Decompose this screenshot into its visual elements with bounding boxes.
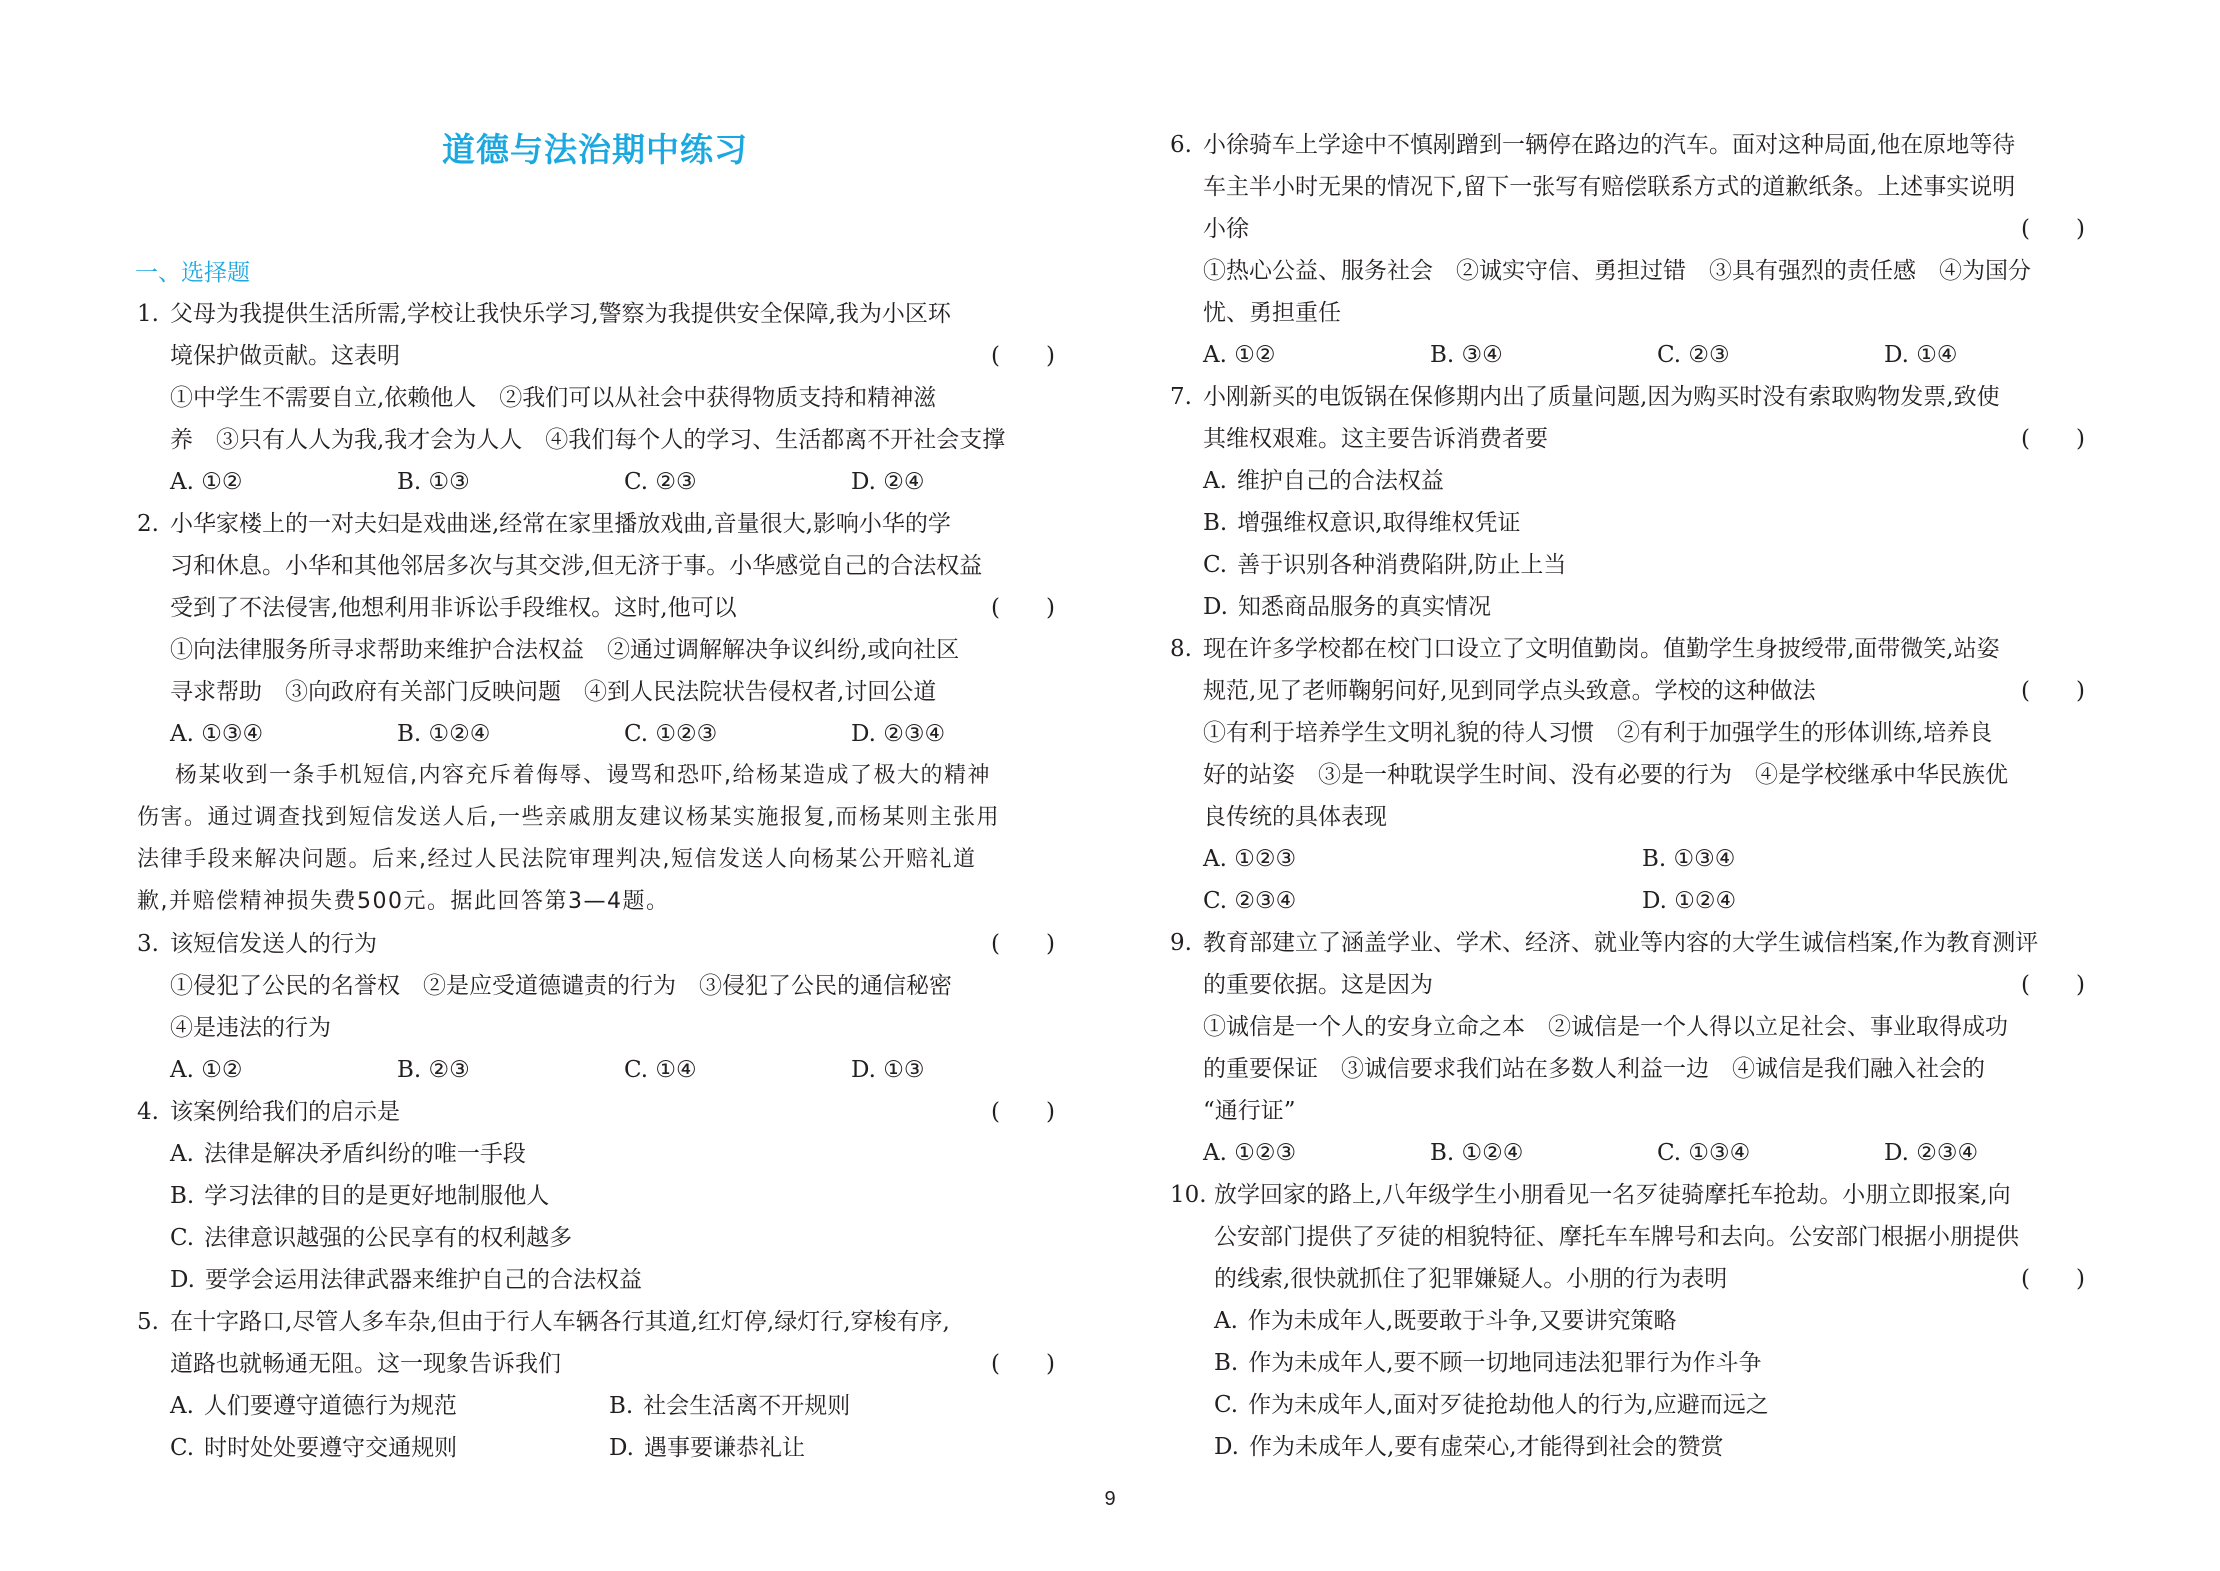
option-label: B. <box>609 1393 633 1419</box>
option-label: D. <box>1203 594 1228 620</box>
option-d[interactable]: D.知悉商品服务的真实情况 <box>1170 586 2085 628</box>
option-text: 增强维权意识,取得维权凭证 <box>1237 510 1520 536</box>
question-text: 该案例给我们的启示是 <box>170 1099 400 1125</box>
option-c[interactable]: C. ②③ <box>1657 334 1884 376</box>
option-b[interactable]: B.增强维权意识,取得维权凭证 <box>1170 502 2085 544</box>
option-b[interactable]: B.作为未成年人,要不顾一切地同违法犯罪行为作斗争 <box>1170 1342 2085 1384</box>
answer-blank[interactable]: ( ) <box>2021 964 2085 1006</box>
option-a[interactable]: A. ①②③ <box>1203 838 1642 880</box>
question-4: 4.该案例给我们的启示是( ) A.法律是解决矛盾纠纷的唯一手段 B.学习法律的… <box>137 1091 1055 1301</box>
question-text: 的重要依据。这是因为 <box>1203 972 1433 998</box>
option-label: A. <box>170 1393 194 1419</box>
option-label: C. <box>1203 552 1227 578</box>
page-number: 9 <box>0 1488 2220 1511</box>
option-label: B. <box>1203 510 1227 536</box>
option-label: C. <box>170 1225 194 1251</box>
option-label: A. <box>170 1141 194 1167</box>
option-b[interactable]: B. ①②④ <box>1430 1132 1657 1174</box>
option-a[interactable]: A. ①②③ <box>1203 1132 1430 1174</box>
statement-text: 好的站姿 ③是一种耽误学生时间、没有必要的行为 ④是学校继承中华民族优 <box>1203 762 2008 788</box>
option-text: 遇事要谦恭礼让 <box>644 1435 805 1461</box>
question-text: 小徐 <box>1203 216 1249 242</box>
option-text: 法律是解决矛盾纠纷的唯一手段 <box>204 1141 526 1167</box>
option-c[interactable]: C.善于识别各种消费陷阱,防止上当 <box>1170 544 2085 586</box>
option-text: 作为未成年人,要不顾一切地同违法犯罪行为作斗争 <box>1248 1350 1761 1376</box>
option-c[interactable]: C. ①③④ <box>1657 1132 1884 1174</box>
question-8: 8.现在许多学校都在校门口设立了文明值勤岗。值勤学生身披绶带,面带微笑,站姿 规… <box>1170 628 2085 922</box>
option-b[interactable]: B.学习法律的目的是更好地制服他人 <box>137 1175 1055 1217</box>
question-text: 规范,见了老师鞠躬问好,见到同学点头致意。学校的这种做法 <box>1203 678 1816 704</box>
option-text: 作为未成年人,要有虚荣心,才能得到社会的赞赏 <box>1249 1434 1724 1460</box>
option-text: 作为未成年人,既要敢于斗争,又要讲究策略 <box>1248 1308 1677 1334</box>
option-label: D. <box>609 1435 634 1461</box>
question-7: 7.小刚新买的电饭锅在保修期内出了质量问题,因为购买时没有索取购物发票,致使 其… <box>1170 376 2085 628</box>
passage-text: 杨某收到一条手机短信,内容充斥着侮辱、谩骂和恐吓,给杨某造成了极大的精神 <box>175 763 991 788</box>
question-text: 放学回家的路上,八年级学生小朋看见一名歹徒骑摩托车抢劫。小朋立即报案,向 <box>1214 1182 2011 1208</box>
question-9: 9.教育部建立了涵盖学业、学术、经济、就业等内容的大学生诚信档案,作为教育测评 … <box>1170 922 2085 1174</box>
option-label: A. <box>1214 1308 1238 1334</box>
option-text: 人们要遵守道德行为规范 <box>204 1393 457 1419</box>
question-5: 5.在十字路口,尽管人多车杂,但由于行人车辆各行其道,红灯停,绿灯行,穿梭有序,… <box>137 1301 1055 1469</box>
statement-text: 寻求帮助 ③向政府有关部门反映问题 ④到人民法院状告侵权者,讨回公道 <box>170 679 936 705</box>
question-text: 受到了不法侵害,他想利用非诉讼手段维权。这时,他可以 <box>170 595 737 621</box>
question-number: 6. <box>1170 124 1192 166</box>
question-1: 1.父母为我提供生活所需,学校让我快乐学习,警察为我提供安全保障,我为小区环 境… <box>137 293 1055 503</box>
statement-text: 忧、勇担重任 <box>1203 300 1341 326</box>
option-d[interactable]: D. ②④ <box>851 461 1078 503</box>
option-label: C. <box>1214 1392 1238 1418</box>
statement-text: ①向法律服务所寻求帮助来维护合法权益 ②通过调解解决争议纠纷,或向社区 <box>170 637 959 663</box>
option-b[interactable]: B. ①③ <box>397 461 624 503</box>
option-a[interactable]: A.法律是解决矛盾纠纷的唯一手段 <box>137 1133 1055 1175</box>
option-text: 要学会运用法律武器来维护自己的合法权益 <box>205 1267 642 1293</box>
option-text: 作为未成年人,面对歹徒抢劫他人的行为,应避而远之 <box>1248 1392 1769 1418</box>
question-number: 1. <box>137 293 159 335</box>
question-text: 道路也就畅通无阻。这一现象告诉我们 <box>170 1351 561 1377</box>
option-d[interactable]: D.遇事要谦恭礼让 <box>609 1427 1048 1469</box>
answer-blank[interactable]: ( ) <box>2021 670 2085 712</box>
option-text: 法律意识越强的公民享有的权利越多 <box>204 1225 572 1251</box>
statement-text: ①有利于培养学生文明礼貌的待人习惯 ②有利于加强学生的形体训练,培养良 <box>1203 720 1992 746</box>
section-title-multiple-choice: 一、选择题 <box>135 254 250 287</box>
answer-blank[interactable]: ( ) <box>991 1343 1055 1385</box>
statement-text: ①中学生不需要自立,依赖他人 ②我们可以从社会中获得物质支持和精神滋 <box>170 385 936 411</box>
option-c[interactable]: C. ②③ <box>624 461 851 503</box>
option-a[interactable]: A.人们要遵守道德行为规范 <box>170 1385 609 1427</box>
question-text: 父母为我提供生活所需,学校让我快乐学习,警察为我提供安全保障,我为小区环 <box>170 301 951 327</box>
option-d[interactable]: D. ①③ <box>851 1049 1078 1091</box>
question-text: 的线索,很快就抓住了犯罪嫌疑人。小朋的行为表明 <box>1214 1266 1727 1292</box>
question-text: 车主半小时无果的情况下,留下一张写有赔偿联系方式的道歉纸条。上述事实说明 <box>1203 174 2015 200</box>
statement-text: ①诚信是一个人的安身立命之本 ②诚信是一个人得以立足社会、事业取得成功 <box>1203 1014 2008 1040</box>
question-text: 小徐骑车上学途中不慎剐蹭到一辆停在路边的汽车。面对这种局面,他在原地等待 <box>1203 132 2015 158</box>
answer-blank[interactable]: ( ) <box>2021 208 2085 250</box>
question-text: 小华家楼上的一对夫妇是戏曲迷,经常在家里播放戏曲,音量很大,影响小华的学 <box>170 511 951 537</box>
statement-text: ①热心公益、服务社会 ②诚实守信、勇担过错 ③具有强烈的责任感 ④为国分 <box>1203 258 2031 284</box>
option-text: 时时处处要遵守交通规则 <box>204 1435 457 1461</box>
question-number: 2. <box>137 503 159 545</box>
statement-text: 养 ③只有人人为我,我才会为人人 ④我们每个人的学习、生活都离不开社会支撑 <box>170 427 1005 453</box>
option-text: 维护自己的合法权益 <box>1237 468 1444 494</box>
option-a[interactable]: A. ①② <box>170 1049 397 1091</box>
answer-blank[interactable]: ( ) <box>991 587 1055 629</box>
option-text: 学习法律的目的是更好地制服他人 <box>204 1183 549 1209</box>
question-number: 3. <box>137 923 159 965</box>
option-a[interactable]: A. ①③④ <box>170 713 397 755</box>
option-b[interactable]: B. ①③④ <box>1642 838 2081 880</box>
answer-blank[interactable]: ( ) <box>991 335 1055 377</box>
option-d[interactable]: D.要学会运用法律武器来维护自己的合法权益 <box>137 1259 1055 1301</box>
question-text: 在十字路口,尽管人多车杂,但由于行人车辆各行其道,红灯停,绿灯行,穿梭有序, <box>170 1309 950 1335</box>
statement-text: “通行证” <box>1203 1098 1296 1124</box>
option-a[interactable]: A. ①② <box>1203 334 1430 376</box>
option-label: D. <box>170 1267 195 1293</box>
question-3: 3.该短信发送人的行为( ) ①侵犯了公民的名誉权 ②是应受道德谴责的行为 ③侵… <box>137 923 1055 1091</box>
question-number: 8. <box>1170 628 1192 670</box>
option-a[interactable]: A. ①② <box>170 461 397 503</box>
statement-text: 的重要保证 ③诚信要求我们站在多数人利益一边 ④诚信是我们融入社会的 <box>1203 1056 1985 1082</box>
answer-blank[interactable]: ( ) <box>991 1091 1055 1133</box>
option-label: C. <box>170 1435 194 1461</box>
question-text: 小刚新买的电饭锅在保修期内出了质量问题,因为购买时没有索取购物发票,致使 <box>1203 384 2000 410</box>
option-a[interactable]: A.作为未成年人,既要敢于斗争,又要讲究策略 <box>1170 1300 2085 1342</box>
question-number: 4. <box>137 1091 159 1133</box>
right-column: 6.小徐骑车上学途中不慎剐蹭到一辆停在路边的汽车。面对这种局面,他在原地等待 车… <box>1170 124 2085 1468</box>
reading-passage: 杨某收到一条手机短信,内容充斥着侮辱、谩骂和恐吓,给杨某造成了极大的精神 伤害。… <box>137 755 1055 923</box>
question-text: 习和休息。小华和其他邻居多次与其交涉,但无济于事。小华感觉自己的合法权益 <box>170 553 982 579</box>
question-number: 9. <box>1170 922 1192 964</box>
passage-text: 歉,并赔偿精神损失费500元。据此回答第3—4题。 <box>137 889 669 914</box>
answer-blank[interactable]: ( ) <box>2021 418 2085 460</box>
option-c[interactable]: C. ①②③ <box>624 713 851 755</box>
option-d[interactable]: D. ①②④ <box>1642 880 2081 922</box>
option-a[interactable]: A.维护自己的合法权益 <box>1170 460 2085 502</box>
option-c[interactable]: C.时时处处要遵守交通规则 <box>170 1427 609 1469</box>
question-10: 10.放学回家的路上,八年级学生小朋看见一名歹徒骑摩托车抢劫。小朋立即报案,向 … <box>1170 1174 2085 1468</box>
option-b[interactable]: B. ③④ <box>1430 334 1657 376</box>
question-text: 教育部建立了涵盖学业、学术、经济、就业等内容的大学生诚信档案,作为教育测评 <box>1203 930 2038 956</box>
passage-text: 法律手段来解决问题。后来,经过人民法院审理判决,短信发送人向杨某公开赔礼道 <box>137 847 977 872</box>
question-text: 境保护做贡献。这表明 <box>170 343 400 369</box>
question-number: 7. <box>1170 376 1192 418</box>
option-text: 社会生活离不开规则 <box>643 1393 850 1419</box>
answer-blank[interactable]: ( ) <box>2021 1258 2085 1300</box>
question-number: 5. <box>137 1301 159 1343</box>
page-title: 道德与法治期中练习 <box>0 124 1190 171</box>
question-text: 公安部门提供了歹徒的相貌特征、摩托车车牌号和去向。公安部门根据小朋提供 <box>1214 1224 2019 1250</box>
question-text: 现在许多学校都在校门口设立了文明值勤岗。值勤学生身披绶带,面带微笑,站姿 <box>1203 636 2000 662</box>
option-label: D. <box>1214 1434 1239 1460</box>
statement-text: ①侵犯了公民的名誉权 ②是应受道德谴责的行为 ③侵犯了公民的通信秘密 <box>170 973 952 999</box>
option-d[interactable]: D. ②③④ <box>851 713 1078 755</box>
question-number: 10. <box>1170 1174 1207 1216</box>
question-text: 该短信发送人的行为 <box>170 931 377 957</box>
option-text: 知悉商品服务的真实情况 <box>1238 594 1491 620</box>
question-2: 2.小华家楼上的一对夫妇是戏曲迷,经常在家里播放戏曲,音量很大,影响小华的学 习… <box>137 503 1055 755</box>
option-d[interactable]: D. ①④ <box>1884 334 2111 376</box>
passage-text: 伤害。通过调查找到短信发送人后,一些亲戚朋友建议杨某实施报复,而杨某则主张用 <box>137 805 1000 830</box>
question-text: 其维权艰难。这主要告诉消费者要 <box>1203 426 1548 452</box>
answer-blank[interactable]: ( ) <box>991 923 1055 965</box>
option-c[interactable]: C. ①④ <box>624 1049 851 1091</box>
option-label: B. <box>170 1183 194 1209</box>
option-c[interactable]: C. ②③④ <box>1203 880 1642 922</box>
question-6: 6.小徐骑车上学途中不慎剐蹭到一辆停在路边的汽车。面对这种局面,他在原地等待 车… <box>1170 124 2085 376</box>
statement-text: 良传统的具体表现 <box>1203 804 1387 830</box>
option-c[interactable]: C.法律意识越强的公民享有的权利越多 <box>137 1217 1055 1259</box>
option-label: A. <box>1203 468 1227 494</box>
option-b[interactable]: B. ①②④ <box>397 713 624 755</box>
option-d[interactable]: D. ②③④ <box>1884 1132 2111 1174</box>
option-text: 善于识别各种消费陷阱,防止上当 <box>1237 552 1566 578</box>
statement-text: ④是违法的行为 <box>170 1015 331 1041</box>
option-c[interactable]: C.作为未成年人,面对歹徒抢劫他人的行为,应避而远之 <box>1170 1384 2085 1426</box>
option-label: B. <box>1214 1350 1238 1376</box>
option-b[interactable]: B. ②③ <box>397 1049 624 1091</box>
option-b[interactable]: B.社会生活离不开规则 <box>609 1385 1048 1427</box>
left-column: 1.父母为我提供生活所需,学校让我快乐学习,警察为我提供安全保障,我为小区环 境… <box>137 293 1055 1469</box>
option-d[interactable]: D.作为未成年人,要有虚荣心,才能得到社会的赞赏 <box>1170 1426 2085 1468</box>
